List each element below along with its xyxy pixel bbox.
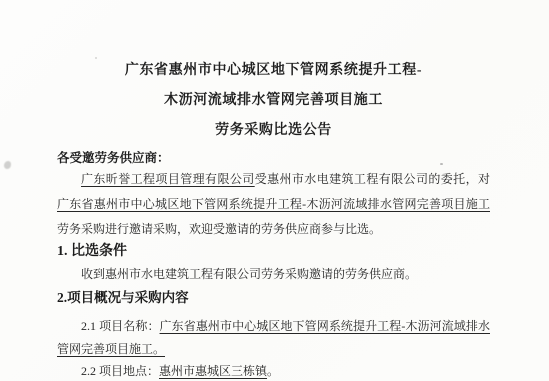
section1-body: 收到惠州市水电建筑工程有限公司劳务采购邀请的劳务供应商。: [57, 262, 490, 287]
project-location-item: 2.2 项目地点：惠州市惠城区三栋镇。: [57, 360, 490, 381]
text-segment: 2.2 项目地点：: [81, 364, 159, 378]
text-segment: 。: [267, 364, 279, 378]
text-segment: 惠州市惠城区三栋镇: [159, 364, 267, 378]
title-line-2: 木沥河流域排水管网完善项目施工: [57, 86, 490, 116]
text-segment: 广东省惠州市中心城区地下管网系统提升工程-木沥河流域排水管网完善项目施工: [57, 197, 490, 211]
scan-speck: [440, 163, 443, 165]
section2-heading: 2.项目概况与采购内容: [57, 288, 490, 308]
text-segment: 广东昕誉工程项目管理有限公司: [81, 172, 255, 186]
scan-speck: [95, 57, 97, 59]
salutation: 各受邀劳务供应商：: [57, 149, 490, 167]
text-segment: 劳务采购进行邀请采购，欢迎受邀请的劳务供应商参与比选。: [57, 222, 381, 236]
text-segment: 受惠州市水电建筑工程有限公司的委托，对: [255, 172, 490, 186]
title-line-1: 广东省惠州市中心城区地下管网系统提升工程-: [57, 56, 490, 86]
intro-paragraph: 广东昕誉工程项目管理有限公司受惠州市水电建筑工程有限公司的委托，对 广东省惠州市…: [57, 167, 490, 242]
document-title: 广东省惠州市中心城区地下管网系统提升工程- 木沥河流域排水管网完善项目施工 劳务…: [57, 56, 490, 146]
project-name-item: 2.1 项目名称：广东省惠州市中心城区地下管网系统提升工程-木沥河流域排水管网完…: [57, 315, 490, 360]
text-segment: 2.1 项目名称：: [81, 319, 160, 333]
title-line-3: 劳务采购比选公告: [57, 116, 490, 146]
document-content: 广东省惠州市中心城区地下管网系统提升工程- 木沥河流域排水管网完善项目施工 劳务…: [0, 0, 549, 381]
document-page: 广东省惠州市中心城区地下管网系统提升工程- 木沥河流域排水管网完善项目施工 劳务…: [0, 0, 549, 381]
section1-heading: 1. 比选条件: [57, 242, 490, 262]
